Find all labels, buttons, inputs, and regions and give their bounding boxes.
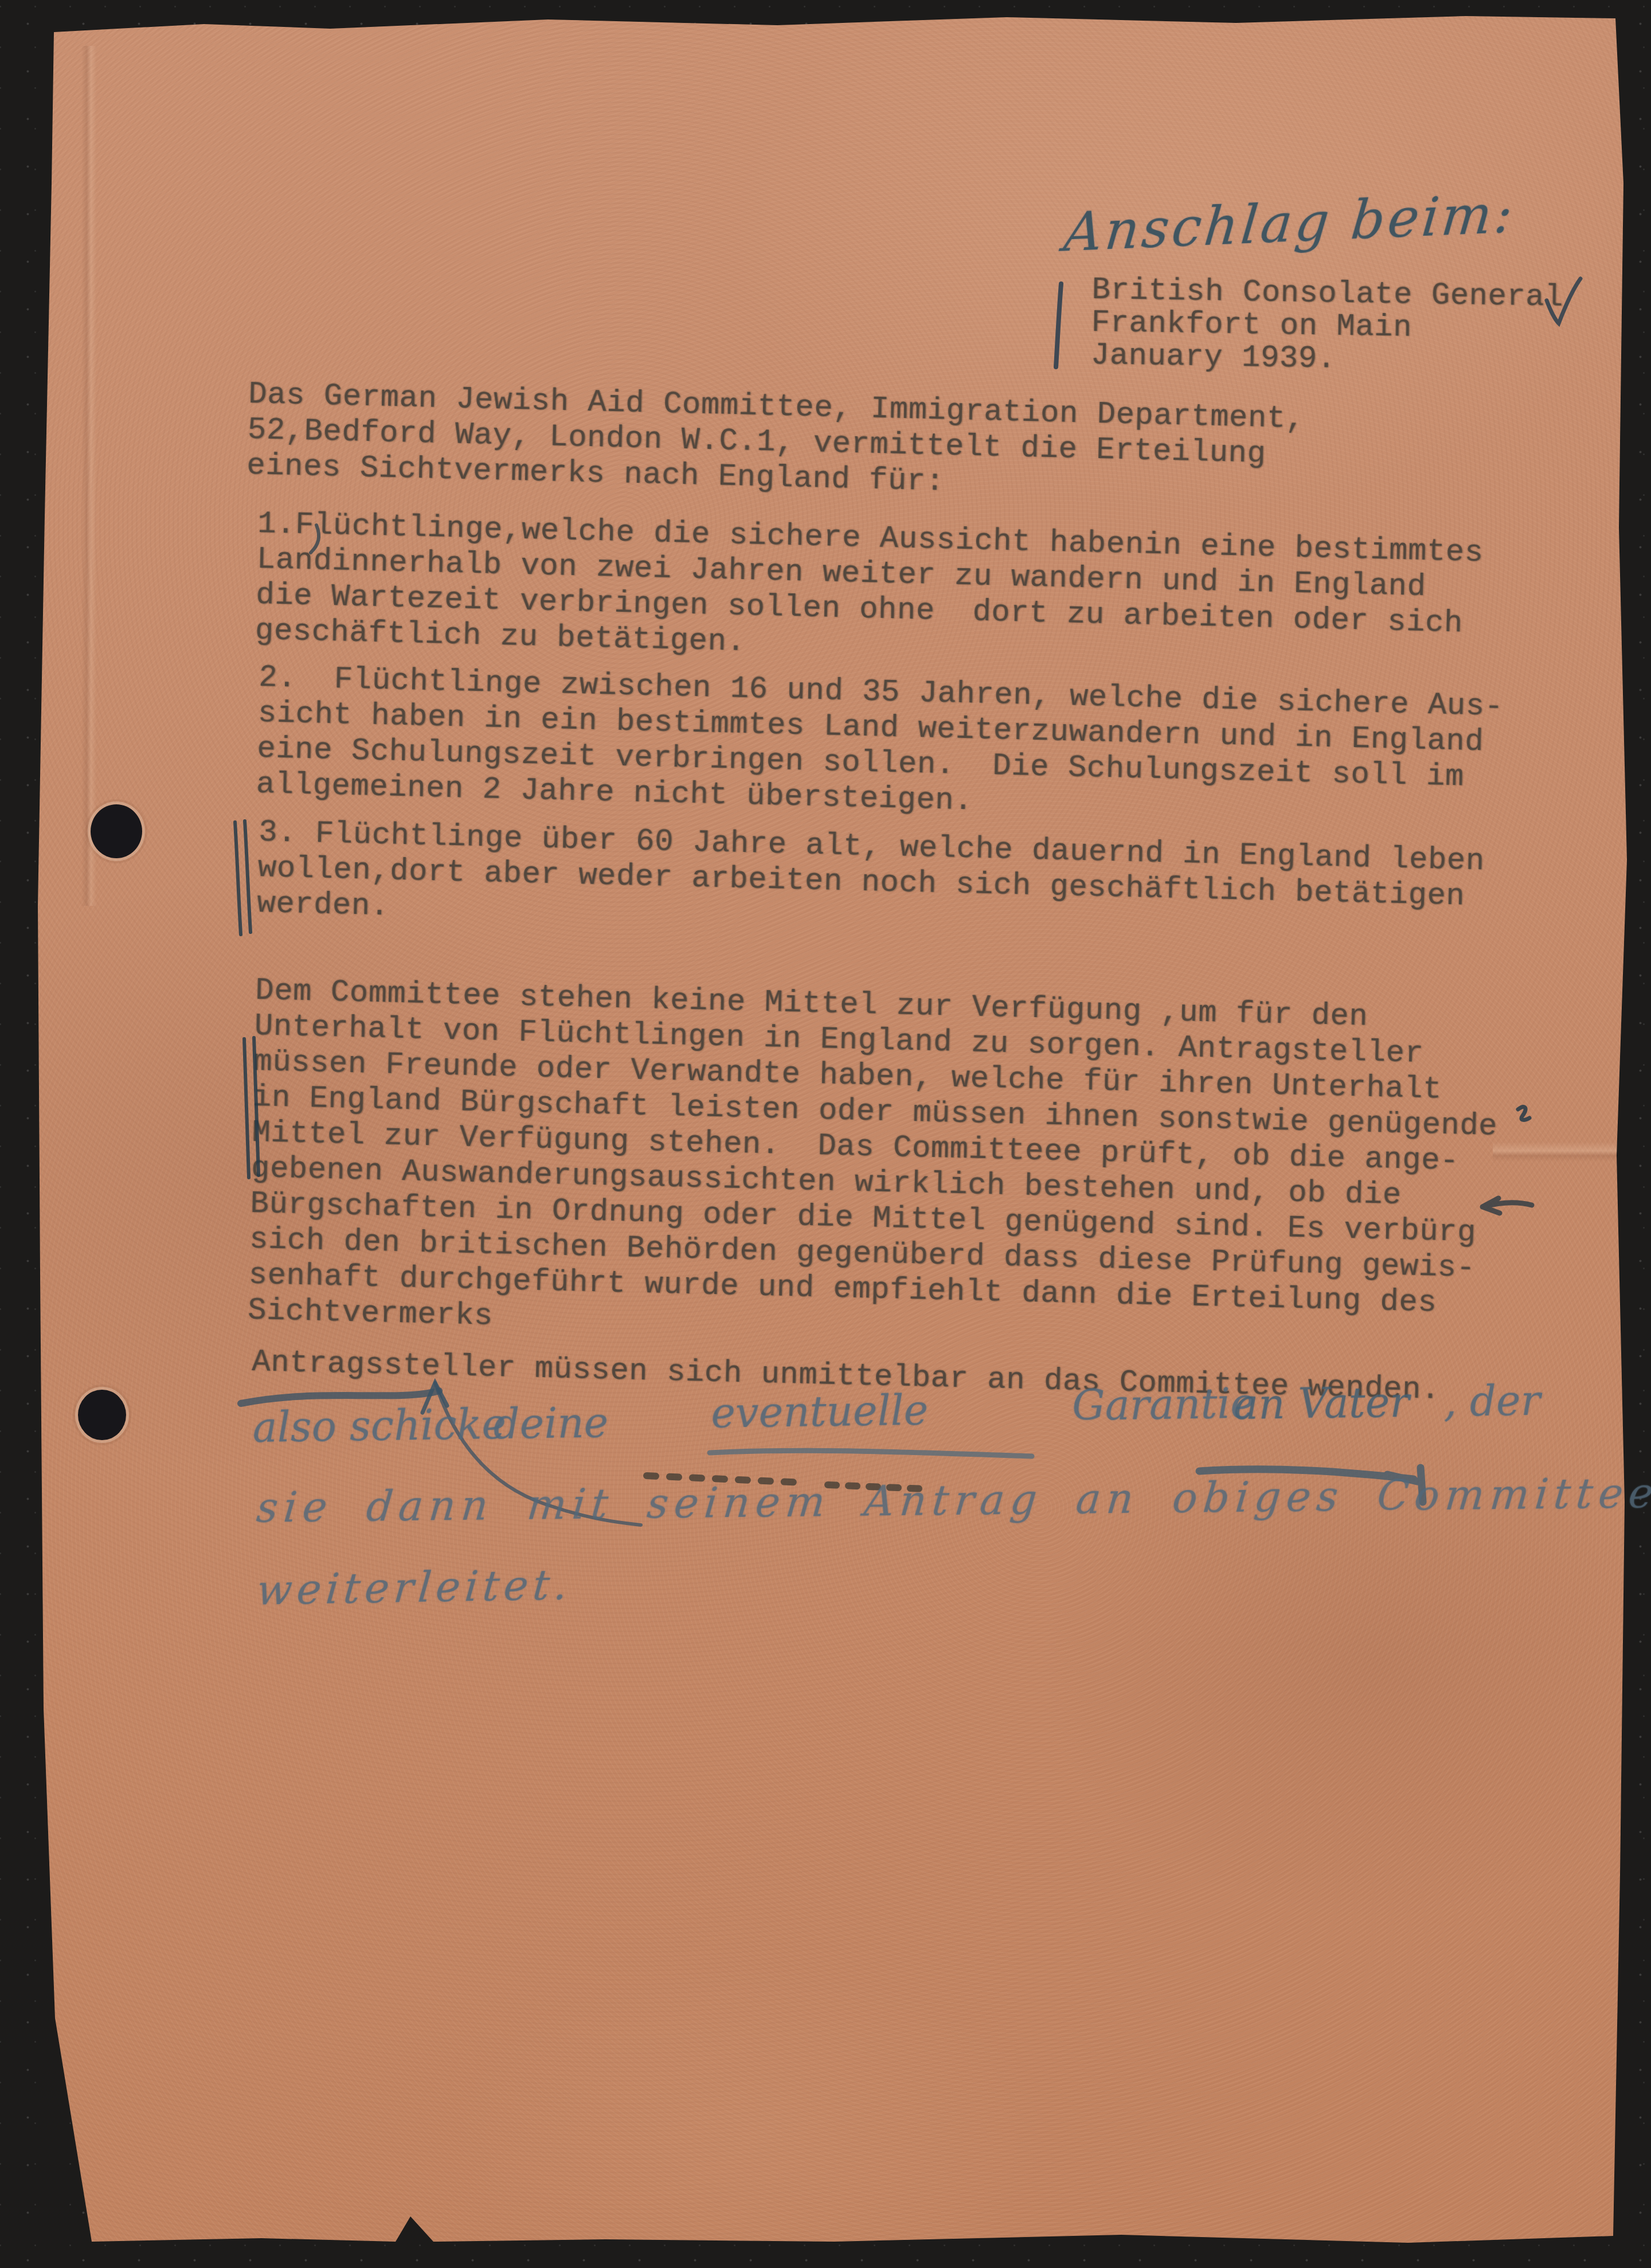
list-item-1: 1.Flüchtlinge,welche die sichere Aussich… (255, 507, 1484, 678)
handwritten-word-also-schicke: also schicke (252, 1400, 507, 1452)
handwritten-word-eventuelle: eventuelle (711, 1386, 929, 1437)
paper-crease-right (1493, 1142, 1648, 1162)
punch-hole-top (91, 804, 142, 858)
list-item-2: 2. Flüchtlinge zwischen 16 und 35 Jahren… (256, 660, 1504, 832)
handwritten-word-an-vater: an Vater (1234, 1378, 1410, 1429)
paper-crease-left (81, 46, 96, 906)
handwritten-word-deine: deine (493, 1398, 609, 1448)
handwritten-line-3: weiterleitet. (255, 1561, 574, 1614)
handwritten-word-der: , der (1443, 1377, 1541, 1426)
letterhead-block: British Consolate General Frankfort on M… (1090, 274, 1563, 380)
punch-hole-bottom (78, 1390, 126, 1440)
main-paragraph: Dem Committee stehen keine Mittel zur Ve… (247, 973, 1500, 1358)
handwritten-word-garantie: Garantie (1072, 1379, 1255, 1430)
